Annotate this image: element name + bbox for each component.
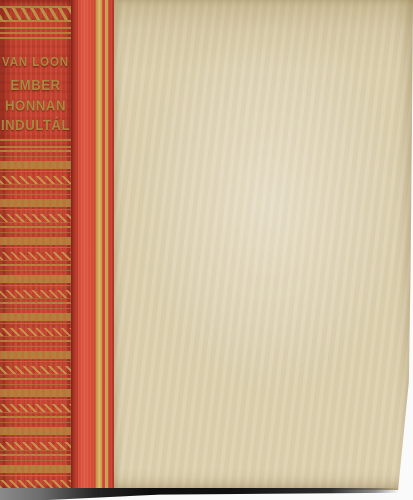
spine-gilt-ornament-bands [0, 150, 71, 488]
spine-title: EMBER HONNAN INDULTÁL [1, 76, 71, 136]
spine-title-line: INDULTÁL [1, 116, 71, 136]
hinge-groove [71, 0, 78, 491]
spine-title-line: HONNAN [1, 96, 71, 116]
book-photo: VAN LOON EMBER HONNAN INDULTÁL [0, 0, 413, 500]
spine-author: VAN LOON [2, 55, 69, 70]
spine-top-ornament-band [0, 6, 71, 22]
spine-title-line: EMBER [1, 76, 71, 96]
spine-rule-lines [0, 139, 71, 148]
book-cover [114, 0, 413, 490]
book-spine: VAN LOON EMBER HONNAN INDULTÁL [0, 0, 71, 490]
spine-rule-lines [0, 27, 71, 39]
cover-cloth-band [78, 0, 114, 491]
book-shadow [0, 488, 399, 500]
